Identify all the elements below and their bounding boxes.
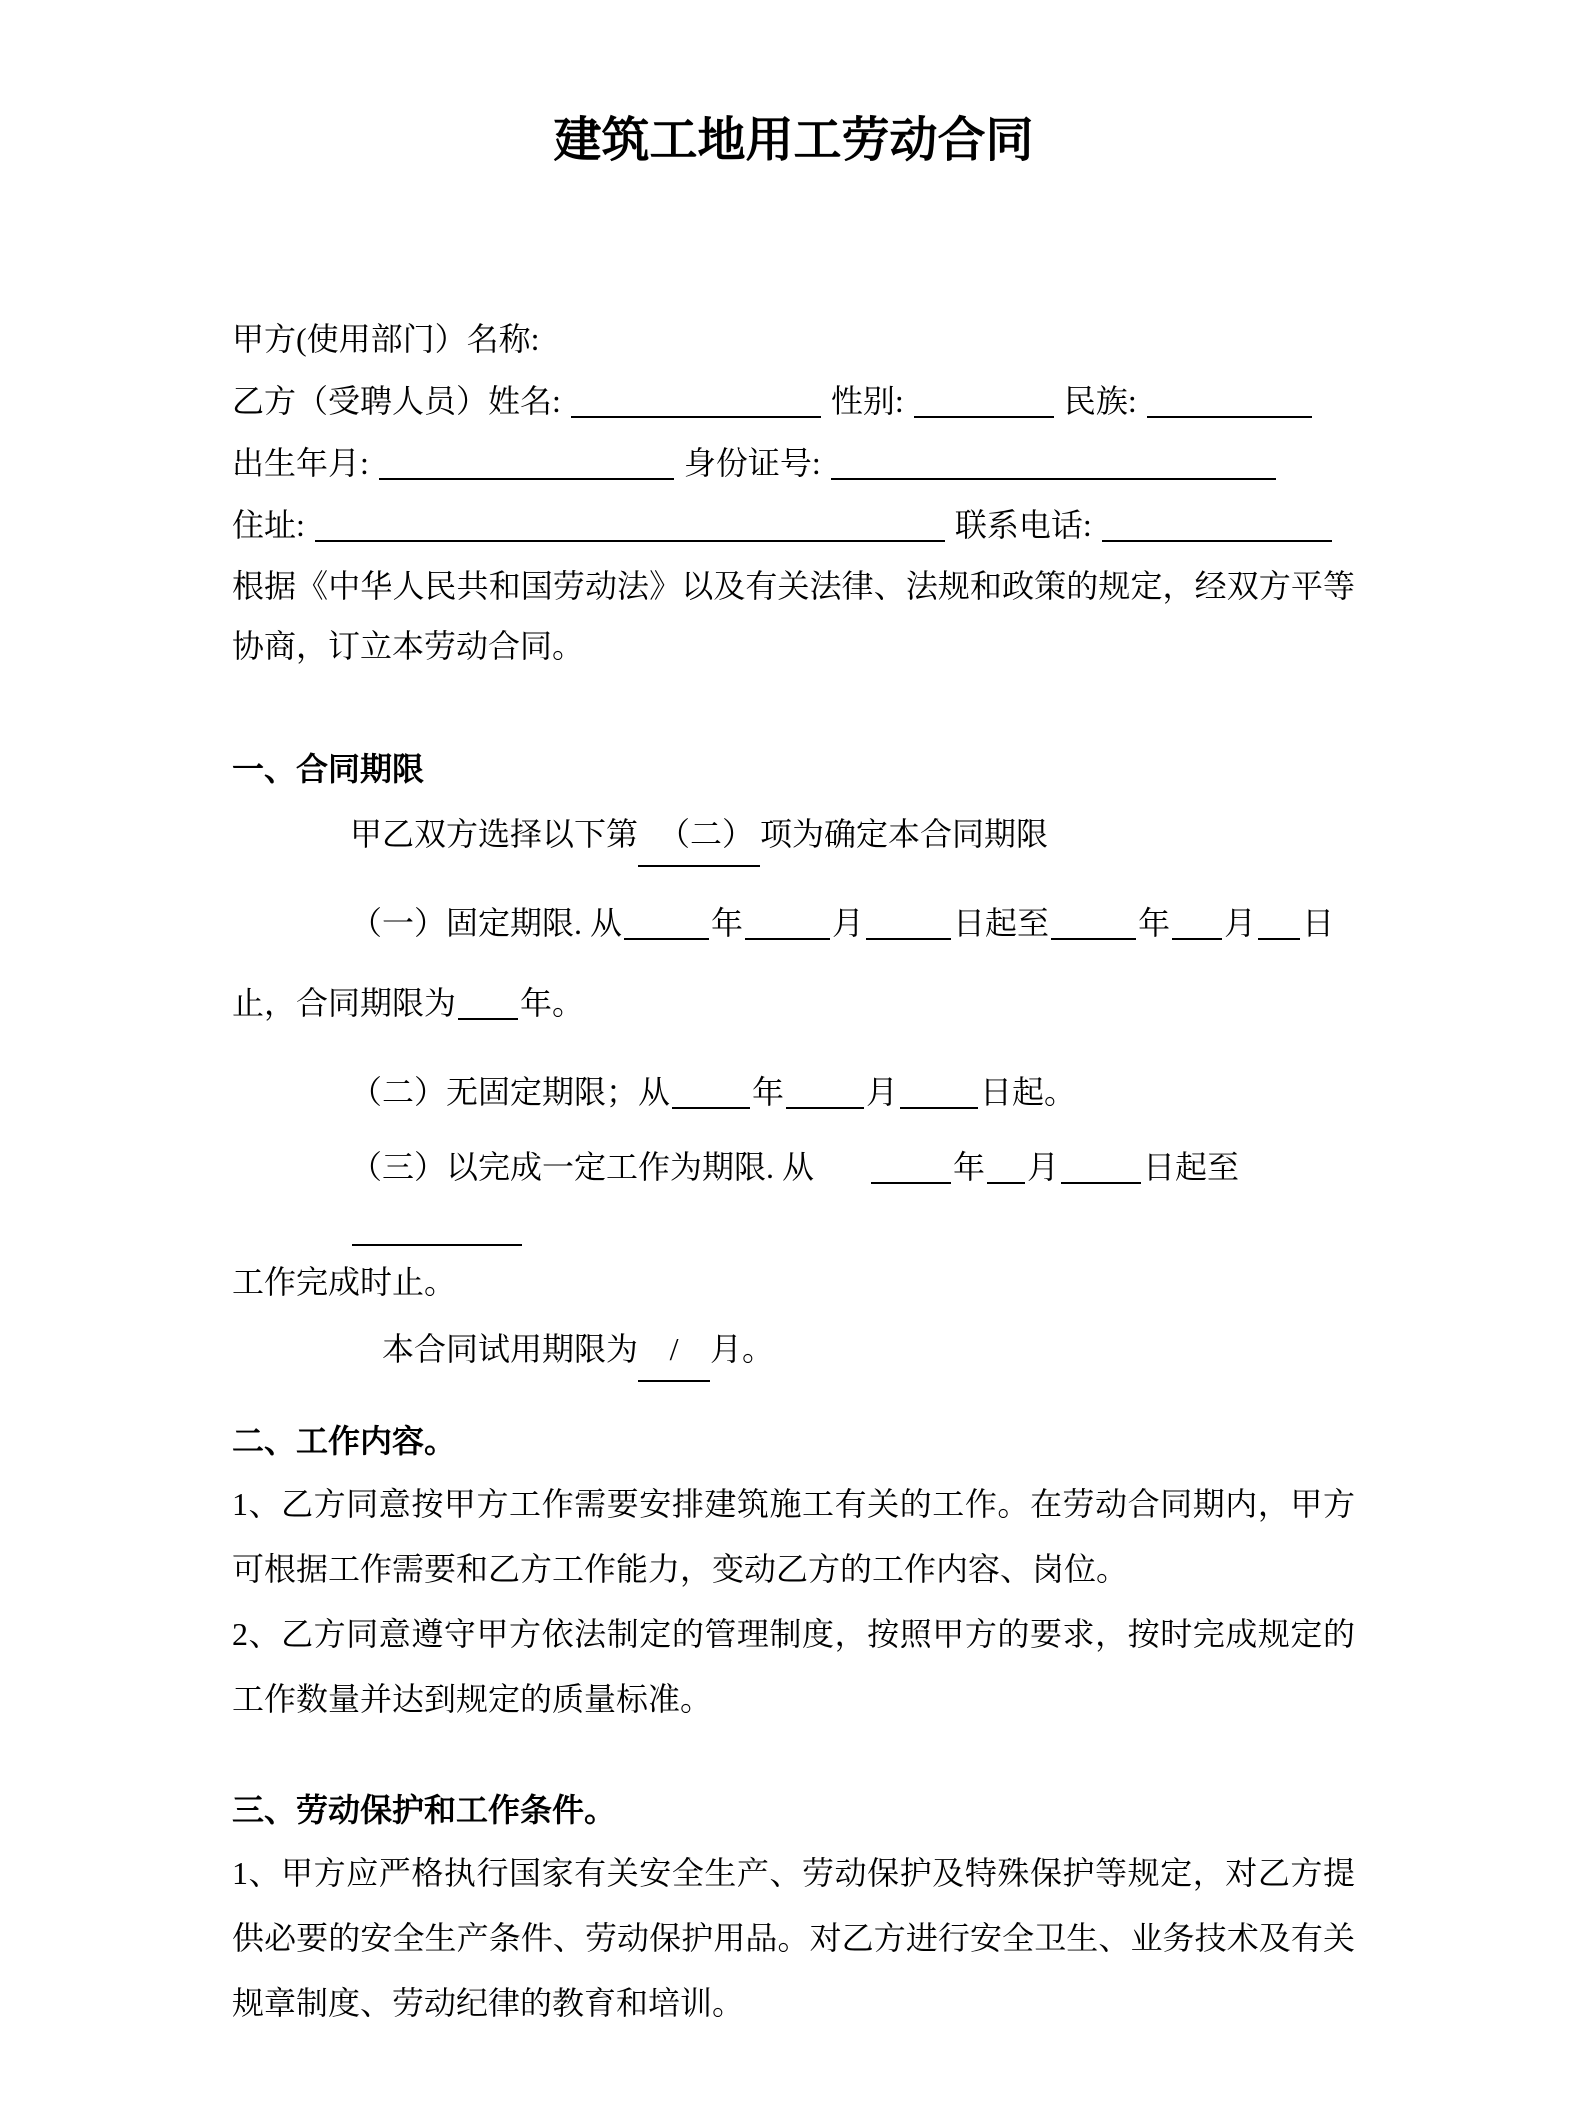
party-a-label: 甲方(使用部门）名称: (232, 321, 540, 357)
fixed-term-line: （一）固定期限. 从年月日起至年月日 (232, 892, 1355, 954)
task-start-year-field[interactable] (871, 1148, 951, 1184)
term-choice-suffix: 项为确定本合同期限 (760, 816, 1048, 852)
open-start-month-field[interactable] (786, 1073, 864, 1109)
day-to-label: 日起至 (953, 905, 1049, 941)
month-label: 月 (866, 1074, 898, 1110)
address-field[interactable] (315, 506, 945, 542)
gender-field[interactable] (914, 382, 1054, 418)
day-from-label: 日起。 (980, 1074, 1076, 1110)
party-b-line: 乙方（受聘人员）姓名: 性别: 民族: (232, 370, 1355, 432)
term-choice-line: 甲乙双方选择以下第（二）项为确定本合同期限 (232, 803, 1355, 867)
gender-label: 性别: (831, 383, 904, 419)
trial-lead: 本合同试用期限为 (382, 1331, 638, 1367)
fixed-end-month-field[interactable] (1172, 904, 1222, 940)
task-term-wrap-line: 工作完成时止。 (232, 1260, 1355, 1304)
fixed-start-year-field[interactable] (624, 904, 709, 940)
id-number-field[interactable] (831, 444, 1276, 480)
task-start-day-field[interactable] (1061, 1148, 1141, 1184)
fixed-term-lead: （一）固定期限. 从 (350, 905, 622, 941)
task-term-lead: （三）以完成一定工作为期限. 从 (350, 1149, 814, 1185)
protection-clause-1: 1、甲方应严格执行国家有关安全生产、劳动保护及特殊保护等规定，对乙方提供必要的安… (232, 1841, 1355, 2036)
birth-date-field[interactable] (379, 444, 674, 480)
task-start-month-field[interactable] (987, 1148, 1025, 1184)
trial-months-field[interactable]: / (638, 1318, 710, 1382)
section-work-heading: 二、工作内容。 (232, 1410, 1355, 1472)
fixed-end-year-field[interactable] (1051, 904, 1136, 940)
year-label: 年 (1138, 905, 1170, 941)
party-b-label: 乙方（受聘人员）姓名: (232, 383, 561, 419)
term-choice-prefix: 甲乙双方选择以下第 (350, 816, 638, 852)
section-term-heading: 一、合同期限 (232, 738, 1355, 800)
day-to-label: 日起至 (1143, 1149, 1239, 1185)
trial-period-line: 本合同试用期限为/月。 (232, 1318, 1355, 1382)
party-b-name-field[interactable] (571, 382, 821, 418)
day-label: 日 (1302, 905, 1334, 941)
fixed-term-wrap-lead: 止，合同期限为 (232, 985, 456, 1021)
address-label: 住址: (232, 507, 305, 543)
term-choice-value-field[interactable]: （二） (638, 803, 760, 867)
year-end-label: 年。 (520, 985, 584, 1021)
month-label: 月 (1027, 1149, 1059, 1185)
task-end-field[interactable] (352, 1210, 522, 1246)
contract-years-field[interactable] (458, 984, 518, 1020)
birth-id-line: 出生年月: 身份证号: (232, 432, 1355, 494)
address-line: 住址: 联系电话: (232, 494, 1355, 556)
year-label: 年 (711, 905, 743, 941)
fixed-start-month-field[interactable] (745, 904, 830, 940)
id-label: 身份证号: (684, 445, 821, 481)
trial-tail: 月。 (710, 1331, 774, 1367)
task-term-wrap-text: 工作完成时止。 (232, 1264, 456, 1300)
phone-field[interactable] (1102, 506, 1332, 542)
party-a-line: 甲方(使用部门）名称: (232, 308, 1355, 370)
preamble-text: 根据《中华人民共和国劳动法》以及有关法律、法规和政策的规定，经双方平等协商，订立… (232, 556, 1355, 676)
month-label: 月 (832, 905, 864, 941)
work-clause-2: 2、乙方同意遵守甲方依法制定的管理制度，按照甲方的要求，按时完成规定的工作数量并… (232, 1602, 1355, 1732)
section-protection-heading: 三、劳动保护和工作条件。 (232, 1779, 1355, 1841)
task-term-line: （三）以完成一定工作为期限. 从年月日起至 (232, 1136, 1355, 1260)
open-start-year-field[interactable] (672, 1073, 750, 1109)
fixed-start-day-field[interactable] (866, 904, 951, 940)
year-label: 年 (752, 1074, 784, 1110)
ethnicity-field[interactable] (1147, 382, 1312, 418)
year-label: 年 (953, 1149, 985, 1185)
work-clause-1: 1、乙方同意按甲方工作需要安排建筑施工有关的工作。在劳动合同期内，甲方可根据工作… (232, 1472, 1355, 1602)
fixed-term-wrap-line: 止，合同期限为年。 (232, 972, 1355, 1034)
phone-label: 联系电话: (955, 507, 1092, 543)
open-term-lead: （二）无固定期限；从 (350, 1074, 670, 1110)
page-title: 建筑工地用工劳动合同 (232, 112, 1355, 170)
ethnicity-label: 民族: (1064, 383, 1137, 419)
contract-document: 建筑工地用工劳动合同 甲方(使用部门）名称: 乙方（受聘人员）姓名: 性别: 民… (0, 0, 1587, 2115)
month-label: 月 (1224, 905, 1256, 941)
birth-label: 出生年月: (232, 445, 369, 481)
open-term-line: （二）无固定期限；从年月日起。 (232, 1061, 1355, 1123)
open-start-day-field[interactable] (900, 1073, 978, 1109)
fixed-end-day-field[interactable] (1258, 904, 1300, 940)
